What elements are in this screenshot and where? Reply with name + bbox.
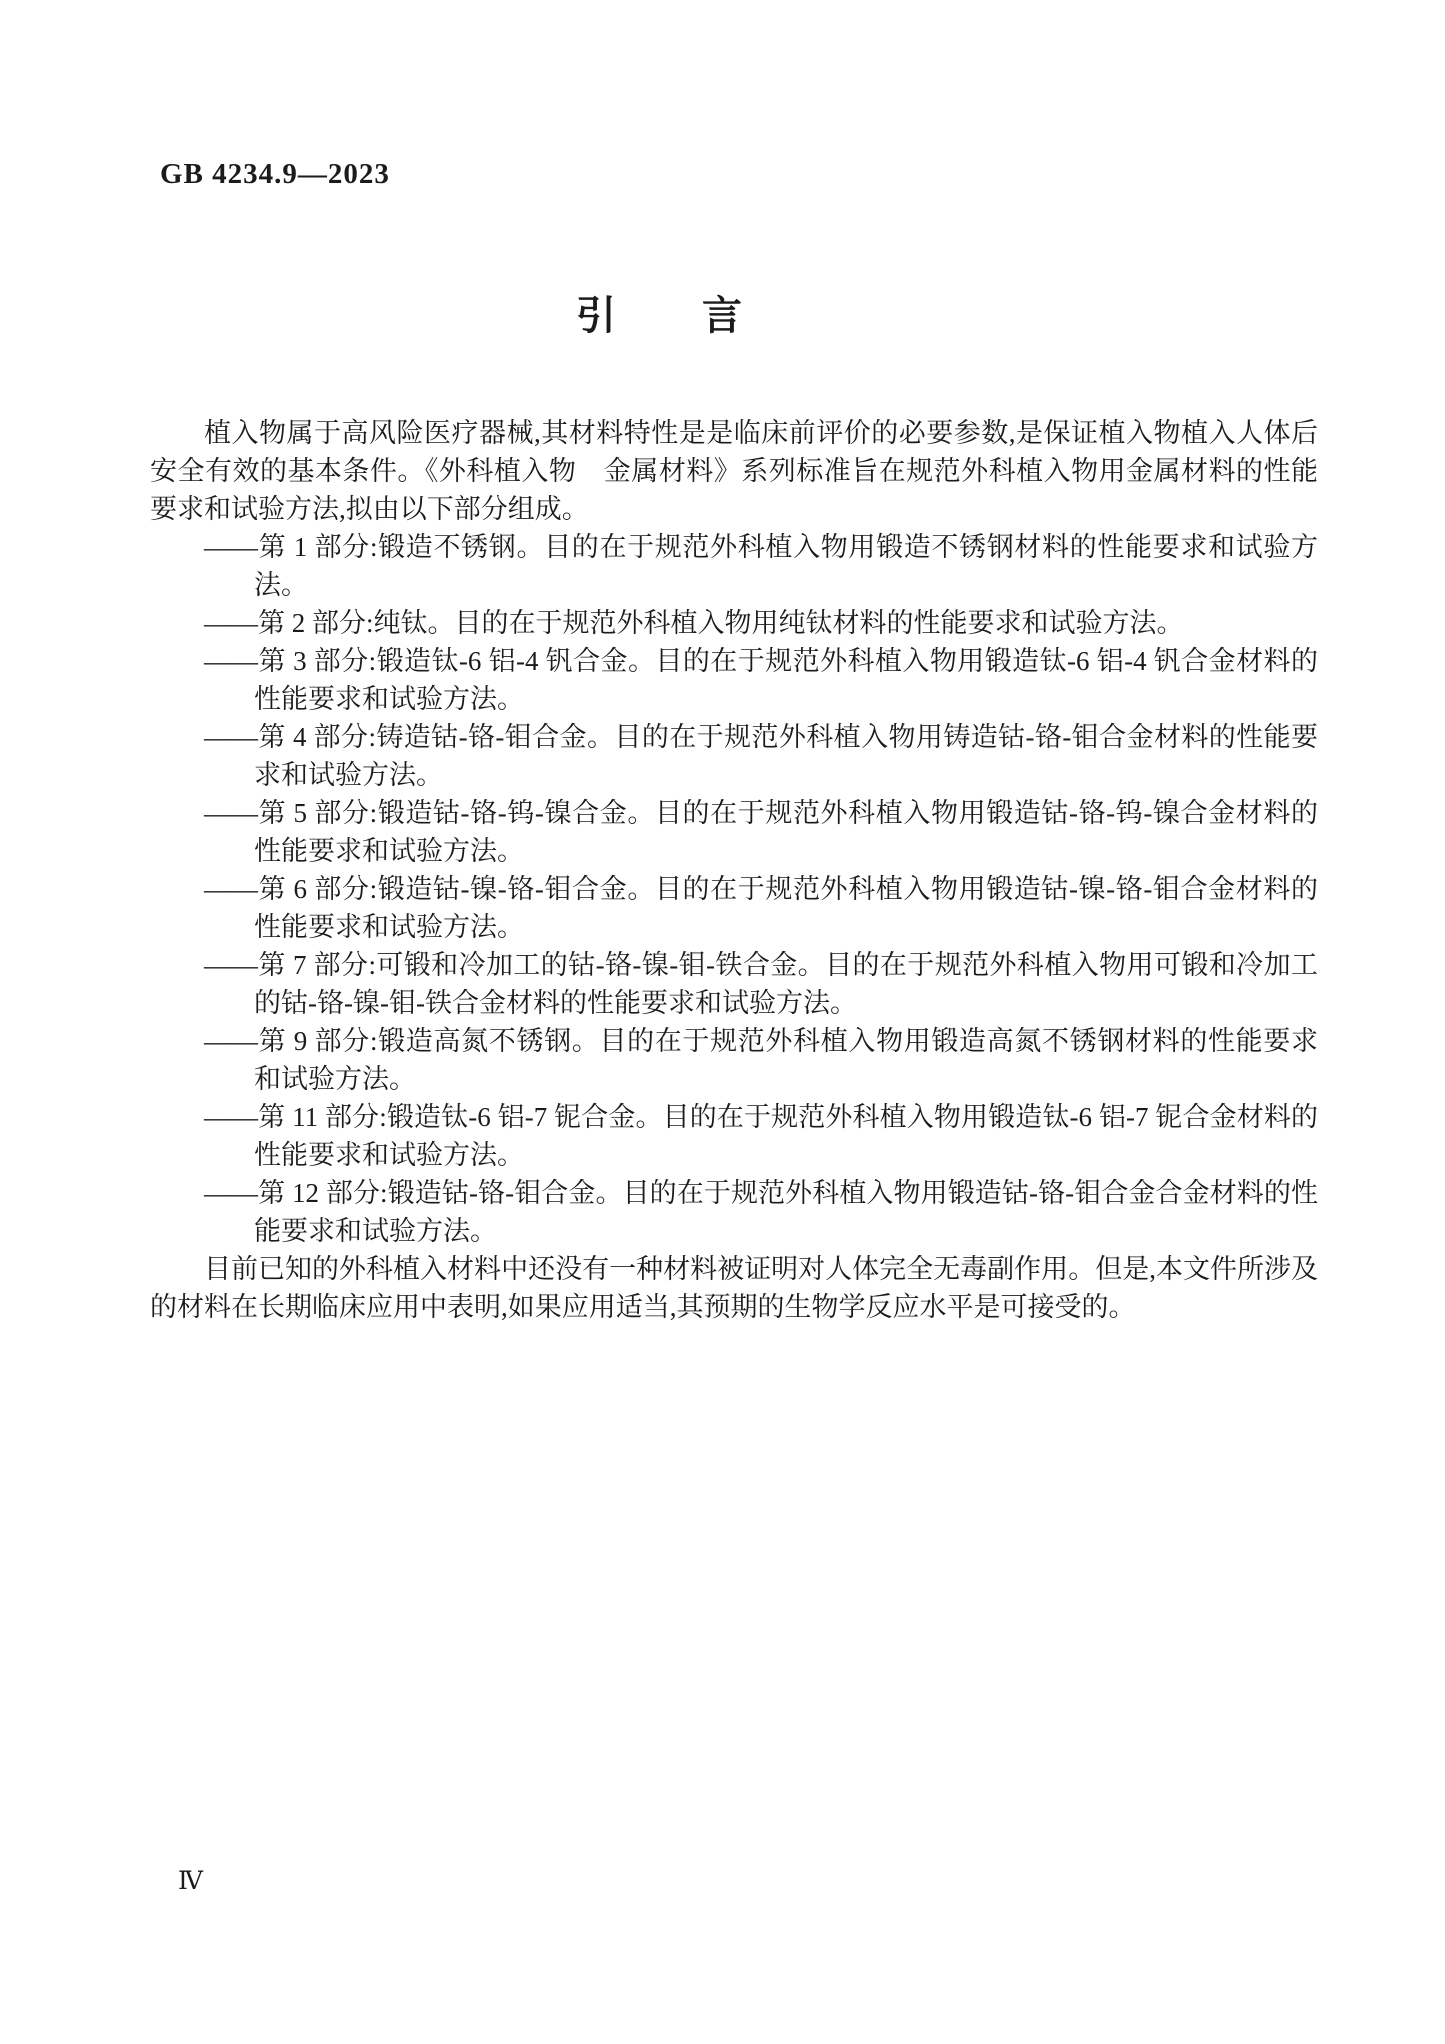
series-part-item: ——第 11 部分:锻造钛-6 铝-7 铌合金。目的在于规范外科植入物用锻造钛-…: [150, 1098, 1318, 1174]
standard-number: GB 4234.9—2023: [160, 158, 390, 191]
document-page: GB 4234.9—2023 引 言 植入物属于高风险医疗器械,其材料特性是是临…: [0, 0, 1445, 2044]
series-part-item: ——第 7 部分:可锻和冷加工的钴-铬-镍-钼-铁合金。目的在于规范外科植入物用…: [150, 946, 1318, 1022]
intro-closing-paragraph: 目前已知的外科植入材料中还没有一种材料被证明对人体完全无毒副作用。但是,本文件所…: [150, 1250, 1318, 1326]
series-part-item: ——第 6 部分:锻造钴-镍-铬-钼合金。目的在于规范外科植入物用锻造钴-镍-铬…: [150, 870, 1318, 946]
series-part-item: ——第 4 部分:铸造钴-铬-钼合金。目的在于规范外科植入物用铸造钴-铬-钼合金…: [150, 718, 1318, 794]
series-part-item: ——第 1 部分:锻造不锈钢。目的在于规范外科植入物用锻造不锈钢材料的性能要求和…: [150, 528, 1318, 604]
page-title: 引 言: [0, 284, 1320, 341]
series-part-item: ——第 9 部分:锻造高氮不锈钢。目的在于规范外科植入物用锻造高氮不锈钢材料的性…: [150, 1022, 1318, 1098]
intro-opening-paragraph: 植入物属于高风险医疗器械,其材料特性是是临床前评价的必要参数,是保证植入物植入人…: [150, 414, 1318, 528]
series-part-item: ——第 12 部分:锻造钴-铬-钼合金。目的在于规范外科植入物用锻造钴-铬-钼合…: [150, 1174, 1318, 1250]
series-part-item: ——第 5 部分:锻造钴-铬-钨-镍合金。目的在于规范外科植入物用锻造钴-铬-钨…: [150, 794, 1318, 870]
series-part-item: ——第 3 部分:锻造钛-6 铝-4 钒合金。目的在于规范外科植入物用锻造钛-6…: [150, 642, 1318, 718]
series-part-item: ——第 2 部分:纯钛。目的在于规范外科植入物用纯钛材料的性能要求和试验方法。: [150, 604, 1318, 642]
page-number: Ⅳ: [178, 1866, 203, 1896]
introduction-body: 植入物属于高风险医疗器械,其材料特性是是临床前评价的必要参数,是保证植入物植入人…: [150, 414, 1318, 1326]
series-parts-list: ——第 1 部分:锻造不锈钢。目的在于规范外科植入物用锻造不锈钢材料的性能要求和…: [150, 528, 1318, 1250]
